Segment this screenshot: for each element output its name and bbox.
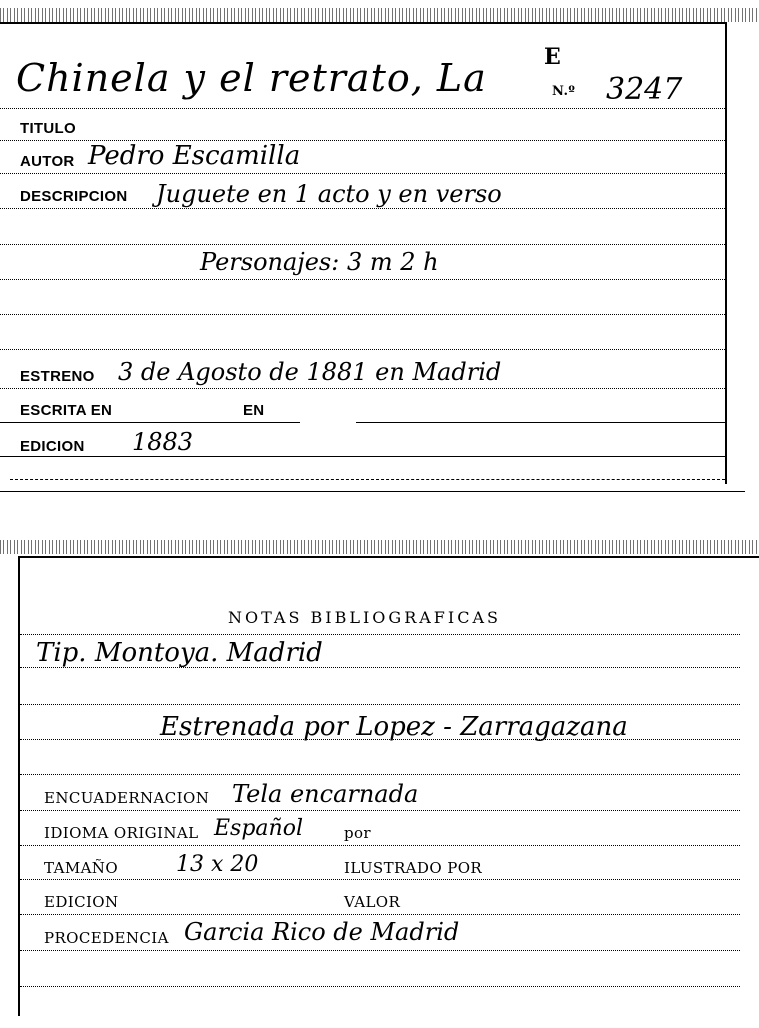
titulo-label: TITULO: [20, 120, 76, 137]
autor-value: Pedro Escamilla: [88, 141, 300, 171]
note-line-2: Estrenada por Lopez - Zarragazana: [160, 712, 628, 742]
en-label: EN: [243, 402, 264, 419]
catalog-letter: E: [544, 44, 561, 70]
title-rule: [0, 108, 725, 109]
tamano-rule: [20, 879, 740, 880]
idioma-original-value: Español: [214, 816, 303, 841]
escrita-en-rule-b: [356, 422, 725, 423]
edicion-back-rule: [20, 914, 740, 915]
edicion-label: EDICION: [20, 438, 85, 455]
notas-heading: NOTAS BIBLIOGRAFICAS: [228, 608, 501, 627]
notas-rule-1: [20, 634, 740, 635]
procedencia-rule: [20, 950, 740, 951]
note-line-1: Tip. Montoya. Madrid: [36, 638, 323, 668]
rule-7: [0, 349, 725, 350]
rule-4: [0, 244, 725, 245]
estreno-rule: [0, 388, 725, 389]
scan-noise-mid: [0, 540, 759, 554]
idioma-original-label: IDIOMA ORIGINAL: [44, 824, 198, 842]
tamano-value: 13 x 20: [176, 852, 258, 877]
ilustrado-por-label: ILUSTRADO POR: [344, 859, 482, 877]
descripcion-label: DESCRIPCION: [20, 188, 127, 205]
descripcion-rule: [0, 208, 725, 209]
valor-label: VALOR: [344, 893, 400, 911]
bottom-rule: [20, 986, 740, 987]
card-front-top-border: [0, 22, 727, 24]
autor-rule: [0, 173, 725, 174]
por-label: por: [344, 824, 371, 842]
title-handwritten: Chinela y el retrato, La: [16, 56, 487, 100]
escrita-en-label: ESCRITA EN: [20, 402, 112, 419]
encuadernacion-rule: [20, 810, 740, 811]
rule-5: [0, 279, 725, 280]
descripcion-line2: Personajes: 3 m 2 h: [200, 248, 439, 276]
escrita-en-rule-a: [0, 422, 300, 423]
edicion-value: 1883: [132, 428, 193, 456]
estreno-value: 3 de Agosto de 1881 en Madrid: [118, 358, 501, 386]
notas-rule-2: [20, 667, 740, 668]
descripcion-value: Juguete en 1 acto y en verso: [156, 180, 502, 208]
encuadernacion-label: ENCUADERNACION: [44, 789, 209, 807]
idioma-rule: [20, 845, 740, 846]
card-back-left-border: [18, 556, 20, 1016]
notas-rule-5: [20, 774, 740, 775]
card-back-top-border: [18, 556, 759, 558]
tamano-label: TAMAÑO: [44, 859, 118, 877]
edicion-back-label: EDICION: [44, 893, 119, 911]
rule-6: [0, 314, 725, 315]
number-value: 3247: [606, 72, 682, 107]
procedencia-value: Garcia Rico de Madrid: [184, 918, 459, 946]
procedencia-label: PROCEDENCIA: [44, 929, 169, 947]
number-label: N.º: [552, 84, 575, 99]
estreno-label: ESTRENO: [20, 368, 95, 385]
rule-bottom-dashed: [10, 479, 725, 480]
card-front-right-border: [725, 22, 727, 484]
notas-rule-3: [20, 704, 740, 705]
scan-noise-top: [0, 8, 759, 22]
edicion-rule: [0, 456, 725, 457]
card-front-bottom-edge: [0, 491, 745, 492]
encuadernacion-value: Tela encarnada: [232, 780, 418, 808]
autor-label: AUTOR: [20, 153, 75, 170]
notas-rule-4: [20, 739, 740, 740]
